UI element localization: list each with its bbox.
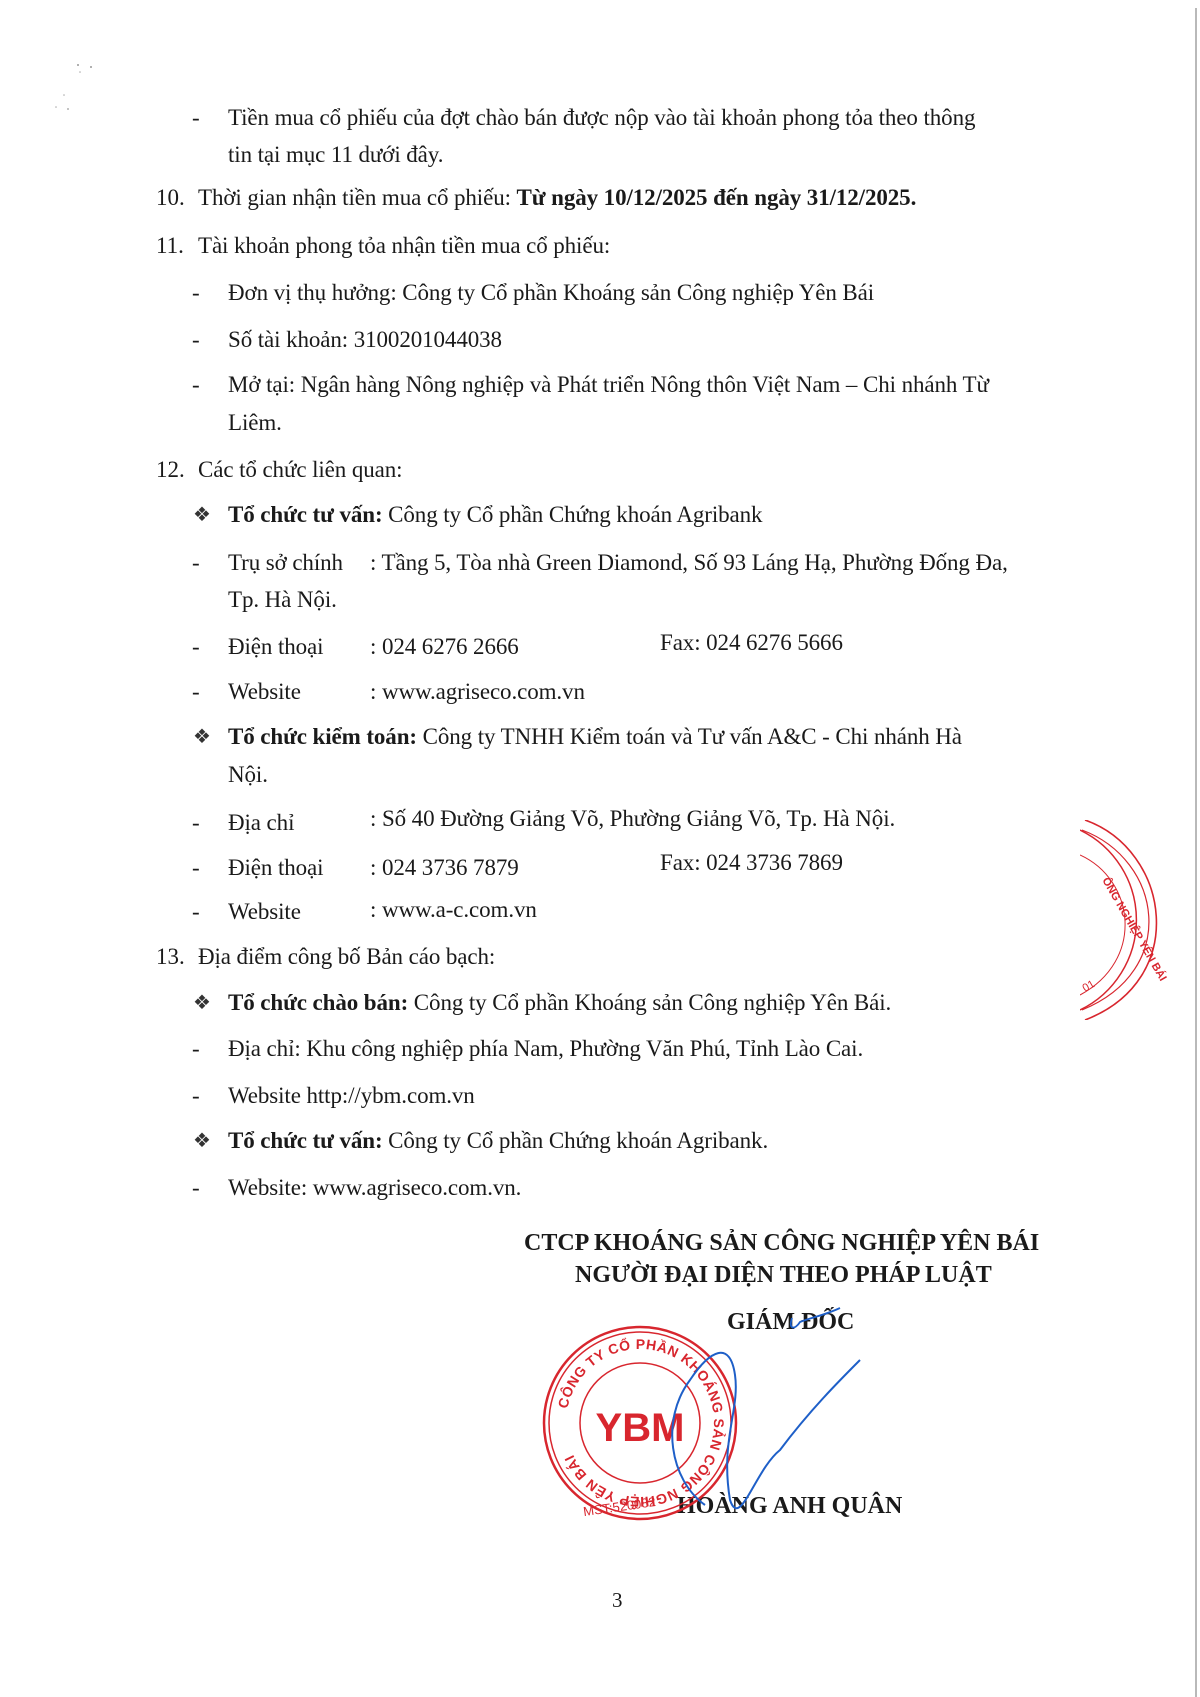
diamond-bullet-icon: ❖ (193, 988, 211, 1018)
issuer-label: Tổ chức chào bán: (228, 990, 408, 1015)
signature-ink-icon (660, 1300, 910, 1520)
diamond-bullet-icon: ❖ (193, 722, 211, 752)
section-10-heading: Thời gian nhận tiền mua cổ phiếu: Từ ngà… (198, 183, 916, 213)
bank-line: Mở tại: Ngân hàng Nông nghiệp và Phát tr… (228, 370, 989, 400)
dash-icon: - (192, 853, 200, 883)
dash-icon: - (192, 1034, 200, 1064)
beneficiary-line: Đơn vị thụ hưởng: Công ty Cổ phần Khoáng… (228, 278, 874, 308)
section-number: 13. (156, 942, 185, 972)
dash-icon: - (192, 370, 200, 400)
auditor-fax: Fax: 024 3736 7869 (660, 848, 843, 878)
issuer-website: Website http://ybm.com.vn (228, 1081, 475, 1111)
auditor-website-value: : www.a-c.com.vn (370, 895, 537, 925)
issuer-address: Địa chỉ: Khu công nghiệp phía Nam, Phườn… (228, 1034, 863, 1064)
page-number: 3 (612, 1588, 623, 1613)
section-13-heading: Địa điểm công bố Bản cáo bạch: (198, 942, 495, 972)
auditor-phone-value: : 024 3736 7879 (370, 853, 519, 883)
advisor-hq-value: : Tầng 5, Tòa nhà Green Diamond, Số 93 L… (370, 548, 1008, 578)
issuer-name: Công ty Cổ phần Khoáng sản Công nghiệp Y… (408, 990, 891, 1015)
scan-artifact (48, 55, 118, 115)
section-number: 11. (156, 231, 184, 261)
advisor-org-line-2: Tổ chức tư vấn: Công ty Cổ phần Chứng kh… (228, 1126, 768, 1156)
signature-role: NGƯỜI ĐẠI DIỆN THEO PHÁP LUẬT (575, 1260, 992, 1290)
auditor-org-line: Tổ chức kiểm toán: Công ty TNHH Kiểm toá… (228, 722, 962, 752)
advisor-website-label: Website (228, 677, 301, 707)
advisor-phone-value: : 024 6276 2666 (370, 632, 519, 662)
advisor-hq-continuation: Tp. Hà Nội. (228, 585, 337, 615)
side-seal-fragment-icon: ÔNG NGHIỆP YÊN BÁI 01 (1080, 820, 1185, 1020)
advisor-org-line: Tổ chức tư vấn: Công ty Cổ phần Chứng kh… (228, 500, 762, 530)
auditor-address-label: Địa chỉ (228, 808, 294, 838)
signature-company: CTCP KHOÁNG SẢN CÔNG NGHIỆP YÊN BÁI (524, 1228, 1039, 1258)
advisor-hq-label: Trụ sở chính (228, 548, 343, 578)
dash-icon: - (192, 1173, 200, 1203)
section-number: 12. (156, 455, 185, 485)
issuer-org-line: Tổ chức chào bán: Công ty Cổ phần Khoáng… (228, 988, 891, 1018)
advisor-label-2: Tổ chức tư vấn: (228, 1128, 383, 1153)
diamond-bullet-icon: ❖ (193, 500, 211, 530)
section-number: 10. (156, 183, 185, 213)
bank-line-continuation: Liêm. (228, 408, 282, 438)
dash-icon: - (192, 677, 200, 707)
dash-icon: - (192, 103, 200, 133)
svg-text:01: 01 (1081, 978, 1098, 995)
dash-icon: - (192, 278, 200, 308)
svg-text:ÔNG NGHIỆP YÊN BÁI: ÔNG NGHIỆP YÊN BÁI (1099, 875, 1169, 983)
auditor-name: Công ty TNHH Kiểm toán và Tư vấn A&C - C… (417, 724, 962, 749)
advisor-website-value: : www.agriseco.com.vn (370, 677, 585, 707)
section-11-heading: Tài khoản phong tỏa nhận tiền mua cổ phi… (198, 231, 610, 261)
section-12-heading: Các tổ chức liên quan: (198, 455, 402, 485)
dash-icon: - (192, 897, 200, 927)
section-date-range: Từ ngày 10/12/2025 đến ngày 31/12/2025. (517, 185, 917, 210)
dash-icon: - (192, 632, 200, 662)
auditor-label: Tổ chức kiểm toán: (228, 724, 417, 749)
advisor-website-2: Website: www.agriseco.com.vn. (228, 1173, 521, 1203)
dash-icon: - (192, 325, 200, 355)
section-label: Thời gian nhận tiền mua cổ phiếu: (198, 185, 517, 210)
account-number-line: Số tài khoản: 3100201044038 (228, 325, 502, 355)
dash-icon: - (192, 808, 200, 838)
list-item-text: Tiền mua cổ phiếu của đợt chào bán được … (228, 103, 975, 133)
auditor-address-value: : Số 40 Đường Giảng Võ, Phường Giảng Võ,… (370, 804, 895, 834)
advisor-label: Tổ chức tư vấn: (228, 502, 383, 527)
list-item-continuation: tin tại mục 11 dưới đây. (228, 140, 443, 170)
diamond-bullet-icon: ❖ (193, 1126, 211, 1156)
advisor-phone-label: Điện thoại (228, 632, 323, 662)
dash-icon: - (192, 1081, 200, 1111)
auditor-website-label: Website (228, 897, 301, 927)
dash-icon: - (192, 548, 200, 578)
auditor-continuation: Nội. (228, 760, 268, 790)
advisor-name-2: Công ty Cổ phần Chứng khoán Agribank. (383, 1128, 769, 1153)
advisor-name: Công ty Cổ phần Chứng khoán Agribank (383, 502, 763, 527)
auditor-phone-label: Điện thoại (228, 853, 323, 883)
page-edge (1195, 8, 1197, 1697)
advisor-fax: Fax: 024 6276 5666 (660, 628, 843, 658)
